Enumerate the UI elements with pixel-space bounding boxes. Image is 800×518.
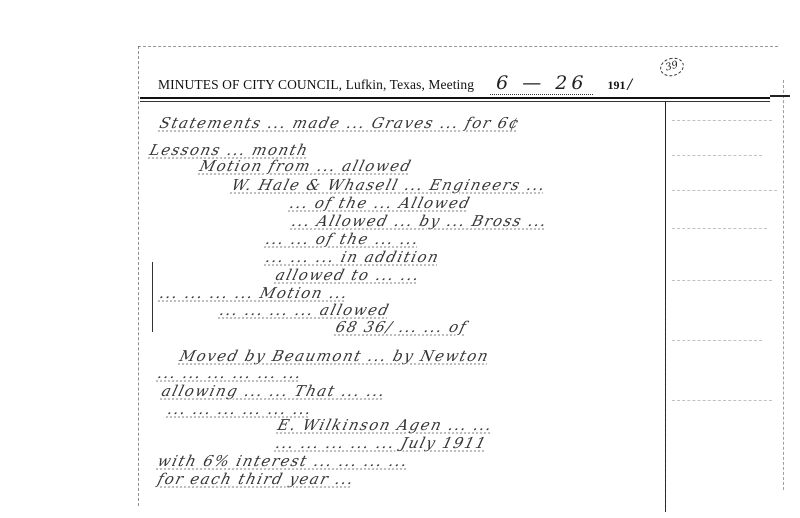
left-margin-mark [152,262,153,332]
handwritten-line: 68 36/ ... ... of [334,318,469,336]
handwritten-line: allowed to ... ... [274,266,422,284]
header-rule [140,97,770,99]
scan-noise [672,280,772,281]
handwritten-line: ... ... ... ... ... July 1911 [274,434,489,452]
scan-noise [672,400,772,401]
meeting-year: 191 [607,78,625,93]
handwritten-line: E. Wilkinson Agen ... ... [276,416,495,434]
scan-noise [672,120,772,121]
scan-border-left [138,46,139,506]
scan-noise [672,190,777,191]
handwritten-line: for each third year ... [156,470,357,488]
handwritten-line: ... of the ... Allowed [288,194,473,212]
year-mark: / [627,77,632,93]
header-rule-thin [140,101,770,102]
handwritten-line: ... ... ... in addition [264,248,442,266]
handwritten-line: ... ... ... ... ... ... [156,364,305,382]
scan-noise [672,155,762,156]
handwritten-line: ... ... ... ... allowed [218,301,392,319]
scan-border-top [138,46,778,47]
handwritten-line: allowing ... ... That ... ... [160,382,388,400]
handwritten-line: ... Allowed ... by ... Bross ... [290,212,550,230]
handwritten-line: W. Hale & Whasell ... Engineers ... [230,176,548,194]
meeting-date: 6 — 26 [490,72,593,95]
scan-noise [672,228,767,229]
page-number-stamp: 39 [658,55,686,79]
handwritten-line: Motion from ... allowed [198,157,414,175]
scanned-document-page: MINUTES OF CITY COUNCIL, Lufkin, Texas, … [0,0,800,518]
right-margin-line-lower [665,300,667,510]
header-rule-stub [770,95,790,97]
scan-border-right [783,80,784,490]
handwritten-line: Statements ... made ... Graves ... for 6… [158,114,523,132]
handwritten-line: ... ... ... ... Motion ... [158,284,351,302]
handwritten-line: Moved by Beaumont ... by Newton [178,347,492,365]
page-header: MINUTES OF CITY COUNCIL, Lufkin, Texas, … [158,72,632,95]
handwritten-line: with 6% interest ... ... ... ... [156,452,411,470]
scan-noise [672,340,762,341]
header-title: MINUTES OF CITY COUNCIL, Lufkin, Texas, … [158,77,474,93]
handwritten-line: ... ... of the ... ... [264,230,422,248]
